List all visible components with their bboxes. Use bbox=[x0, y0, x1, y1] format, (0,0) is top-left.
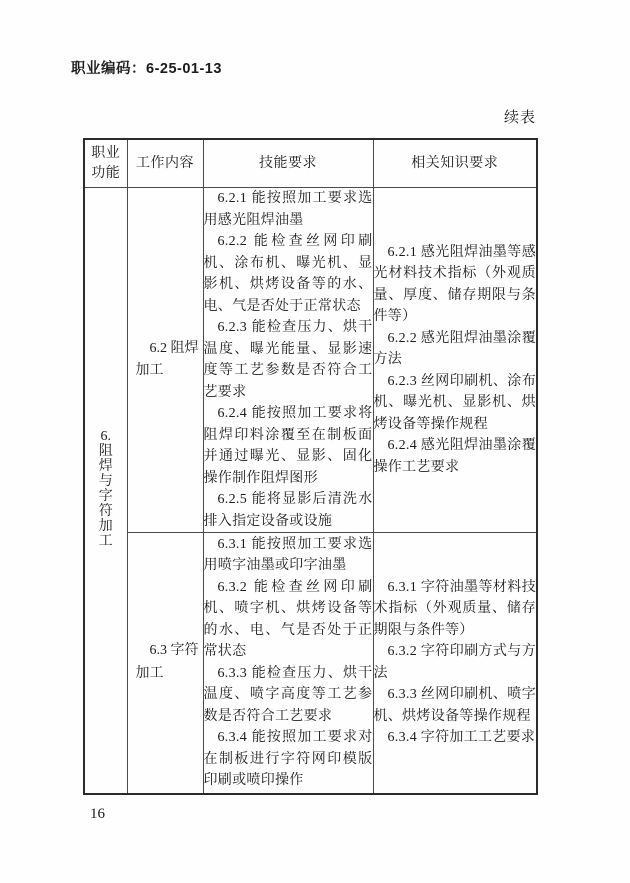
knowledge-requirements-cell-solder-mask: 6.2.1 感光阻焊油墨等感光材料技术指标（外观质量、厚度、储存期限与条件等）6… bbox=[373, 188, 537, 533]
requirement-item: 6.3.2 字符印刷方式与方法 bbox=[374, 641, 537, 684]
skill-requirements-cell-legend: 6.3.1 能按照加工要求选用喷字油墨或印字油墨6.3.2 能检查丝网印刷机、喷… bbox=[203, 533, 373, 794]
knowledge-requirements-cell-legend: 6.3.1 字符油墨等材料技术指标（外观质量、储存期限与条件等）6.3.2 字符… bbox=[373, 533, 537, 794]
requirement-item: 6.2.3 丝网印刷机、涂布机、曝光机、显影机、烘烤设备等操作规程 bbox=[374, 371, 537, 436]
requirement-item: 6.3.2 能检查丝网印刷机、喷字机、烘烤设备等的水、电、气是否处于正常状态 bbox=[204, 577, 373, 663]
requirement-item: 6.3.3 丝网印刷机、喷字机、烘烤设备等操作规程 bbox=[374, 684, 537, 727]
occupation-code: 职业编码：6-25-01-13 bbox=[71, 57, 222, 78]
requirement-item: 6.3.1 能按照加工要求选用喷字油墨或印字油墨 bbox=[204, 534, 373, 577]
table-row: 6. 阻 焊 与 字 符 加 工 6.2 阻焊 加工 6.2.1 能按照加工要求… bbox=[84, 188, 537, 533]
requirement-item: 6.3.4 字符加工工艺要求 bbox=[374, 727, 537, 749]
requirement-item: 6.2.5 能将显影后清洗水排入指定设备或设施 bbox=[204, 489, 373, 532]
requirement-item: 6.3.3 能检查压力、烘干温度、喷字高度等工艺参数是否符合工艺要求 bbox=[204, 663, 373, 728]
table-header-row: 职业功能 工作内容 技能要求 相关知识要求 bbox=[84, 139, 537, 188]
continuation-label-row: 续表 bbox=[83, 106, 536, 127]
col-header-occupational-function: 职业功能 bbox=[84, 139, 127, 188]
requirement-item: 6.2.2 能检查丝网印刷机、涂布机、曝光机、显影机、烘烤设备等的水、电、气是否… bbox=[204, 231, 373, 317]
page-number: 16 bbox=[90, 806, 105, 823]
work-content-label: 6.2 阻焊 加工 bbox=[128, 338, 203, 383]
skill-requirements-cell-solder-mask: 6.2.1 能按照加工要求选用感光阻焊油墨6.2.2 能检查丝网印刷机、涂布机、… bbox=[203, 188, 373, 533]
requirement-item: 6.2.4 感光阻焊油墨涂覆操作工艺要求 bbox=[374, 435, 537, 478]
function-cell: 6. 阻 焊 与 字 符 加 工 bbox=[84, 188, 127, 794]
requirement-item: 6.3.1 字符油墨等材料技术指标（外观质量、储存期限与条件等） bbox=[374, 577, 537, 642]
work-content-label: 6.3 字符 加工 bbox=[128, 640, 203, 685]
requirement-item: 6.2.3 能检查压力、烘干温度、曝光能量、显影速度等工艺参数是否符合工艺要求 bbox=[204, 317, 373, 403]
requirement-item: 6.2.2 感光阻焊油墨涂覆方法 bbox=[374, 328, 537, 371]
requirement-item: 6.2.1 能按照加工要求选用感光阻焊油墨 bbox=[204, 188, 373, 231]
col-header-knowledge-requirements: 相关知识要求 bbox=[373, 139, 537, 188]
table-row: 6.3 字符 加工 6.3.1 能按照加工要求选用喷字油墨或印字油墨6.3.2 … bbox=[84, 533, 537, 794]
requirement-item: 6.2.4 能按照加工要求将阻焊印料涂覆至在制板面并通过曝光、显影、固化操作制作… bbox=[204, 403, 373, 489]
document-page: 职业编码：6-25-01-13 续表 职业功能 工作内容 技能要求 相关知识要求… bbox=[0, 0, 630, 883]
continuation-label: 续表 bbox=[504, 110, 536, 126]
requirement-item: 6.3.4 能按照加工要求对在制板进行字符网印模版印刷或喷印操作 bbox=[204, 727, 373, 792]
col-header-work-content: 工作内容 bbox=[127, 139, 203, 188]
requirements-table: 职业功能 工作内容 技能要求 相关知识要求 6. 阻 焊 与 字 符 加 工 6… bbox=[83, 138, 538, 795]
work-content-cell-solder-mask: 6.2 阻焊 加工 bbox=[127, 188, 203, 533]
requirement-item: 6.2.1 感光阻焊油墨等感光材料技术指标（外观质量、厚度、储存期限与条件等） bbox=[374, 242, 537, 328]
function-vertical-label: 6. 阻 焊 与 字 符 加 工 bbox=[85, 430, 127, 550]
col-header-skill-requirements: 技能要求 bbox=[203, 139, 373, 188]
work-content-cell-legend: 6.3 字符 加工 bbox=[127, 533, 203, 794]
